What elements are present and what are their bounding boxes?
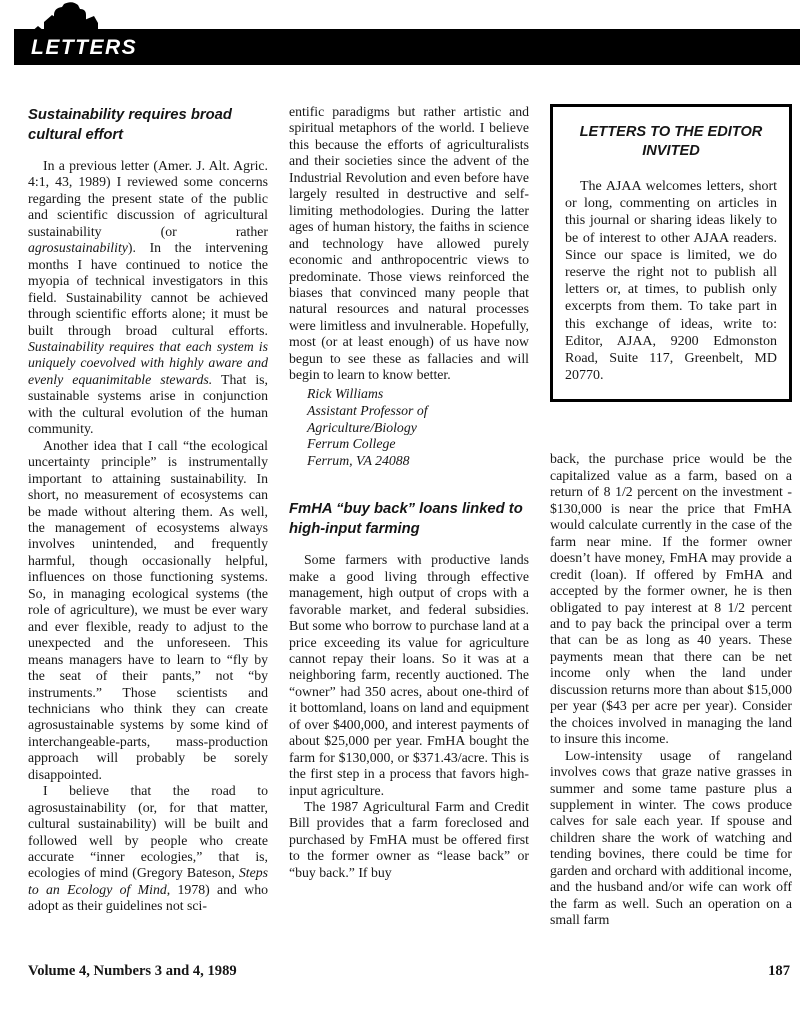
section-title: LETTERS <box>14 29 800 60</box>
letter1-paragraph-2: Another idea that I call “the ecological… <box>28 438 268 784</box>
letters-section-banner: LETTERS <box>14 29 800 65</box>
scanned-journal-page: { "header": { "banner_title": "LETTERS",… <box>0 0 800 1009</box>
letter1-signature: Rick Williams Assistant Professor of Agr… <box>307 386 529 471</box>
signature-department: Agriculture/Biology <box>307 420 529 437</box>
column-1: Sustainability requires broad cultural e… <box>28 104 268 929</box>
editor-box-body: The AJAA welcomes letters, short or long… <box>565 178 777 384</box>
column-3: LETTERS TO THE EDITOR INVITED The AJAA w… <box>550 104 792 929</box>
page-footer: Volume 4, Numbers 3 and 4, 1989 187 <box>28 963 790 980</box>
letter2-paragraph-3: Low-intensity usage of rangeland involve… <box>550 748 792 929</box>
signature-title: Assistant Professor of <box>307 403 529 420</box>
letter1-paragraph-3: I believe that the road to agrosustainab… <box>28 783 268 915</box>
letter1-paragraph-3-continuation: entific paradigms but rather artistic an… <box>289 104 529 384</box>
letter2-heading: FmHA “buy back” loans linked to high-inp… <box>289 500 529 539</box>
page-number: 187 <box>768 963 790 980</box>
editor-box-heading: LETTERS TO THE EDITOR INVITED <box>573 123 769 161</box>
signature-name: Rick Williams <box>307 386 529 403</box>
letter2-paragraph-2-part1: The 1987 Agricultural Farm and Credit Bi… <box>289 799 529 881</box>
signature-address: Ferrum, VA 24088 <box>307 453 529 470</box>
letter2-paragraph-2-part2: back, the purchase price would be the ca… <box>550 451 792 747</box>
letter2-paragraph-1: Some farmers with productive lands make … <box>289 552 529 799</box>
letter1-paragraph-1: In a previous letter (Amer. J. Alt. Agri… <box>28 158 268 438</box>
volume-info: Volume 4, Numbers 3 and 4, 1989 <box>28 963 237 980</box>
letter1-heading: Sustainability requires broad cultural e… <box>28 106 268 145</box>
page-columns: Sustainability requires broad cultural e… <box>28 104 792 929</box>
column-2: entific paradigms but rather artistic an… <box>289 104 529 929</box>
letters-to-editor-box: LETTERS TO THE EDITOR INVITED The AJAA w… <box>550 104 792 402</box>
signature-institution: Ferrum College <box>307 436 529 453</box>
